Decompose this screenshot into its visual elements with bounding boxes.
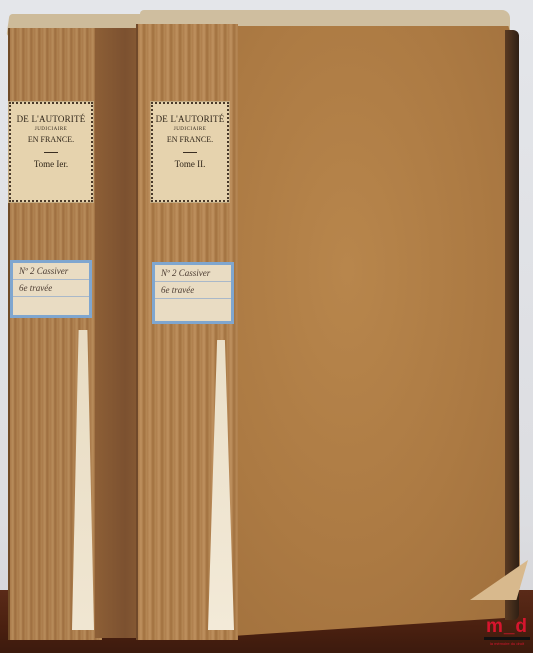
watermark-tagline: la mémoire du droit bbox=[482, 641, 532, 646]
label-title: DE L'AUTORITÉ bbox=[153, 114, 227, 124]
label-volume: Tome Ier. bbox=[11, 159, 91, 169]
label-subtitle: JUDICIAIRE bbox=[11, 127, 91, 132]
label-volume: Tome II. bbox=[153, 159, 227, 169]
watermark-logo: m_d la mémoire du droit bbox=[482, 618, 532, 652]
book-2-library-slip: Nº 2 Cassiver 6e travée bbox=[152, 262, 234, 324]
watermark-mark: m_d bbox=[482, 618, 532, 636]
label-rule bbox=[44, 152, 58, 153]
book-2-cover-edge bbox=[505, 30, 519, 620]
book-2-cover bbox=[232, 26, 520, 636]
label-rule bbox=[183, 152, 197, 153]
book-2-spine-label: DE L'AUTORITÉ JUDICIAIRE EN FRANCE. Tome… bbox=[151, 102, 229, 202]
label-title: DE L'AUTORITÉ bbox=[11, 114, 91, 124]
book-1-library-slip: Nº 2 Cassiver 6e travée bbox=[10, 260, 92, 318]
label-line3: EN FRANCE. bbox=[11, 135, 91, 144]
slip-line-2: 6e travée bbox=[155, 282, 231, 299]
slip-line-1: Nº 2 Cassiver bbox=[13, 263, 89, 280]
watermark-bar bbox=[484, 637, 530, 640]
label-subtitle: JUDICIAIRE bbox=[153, 127, 227, 132]
label-line3: EN FRANCE. bbox=[153, 135, 227, 144]
book-1-spine-label: DE L'AUTORITÉ JUDICIAIRE EN FRANCE. Tome… bbox=[9, 102, 93, 202]
slip-line-2: 6e travée bbox=[13, 280, 89, 297]
slip-line-1: Nº 2 Cassiver bbox=[155, 265, 231, 282]
